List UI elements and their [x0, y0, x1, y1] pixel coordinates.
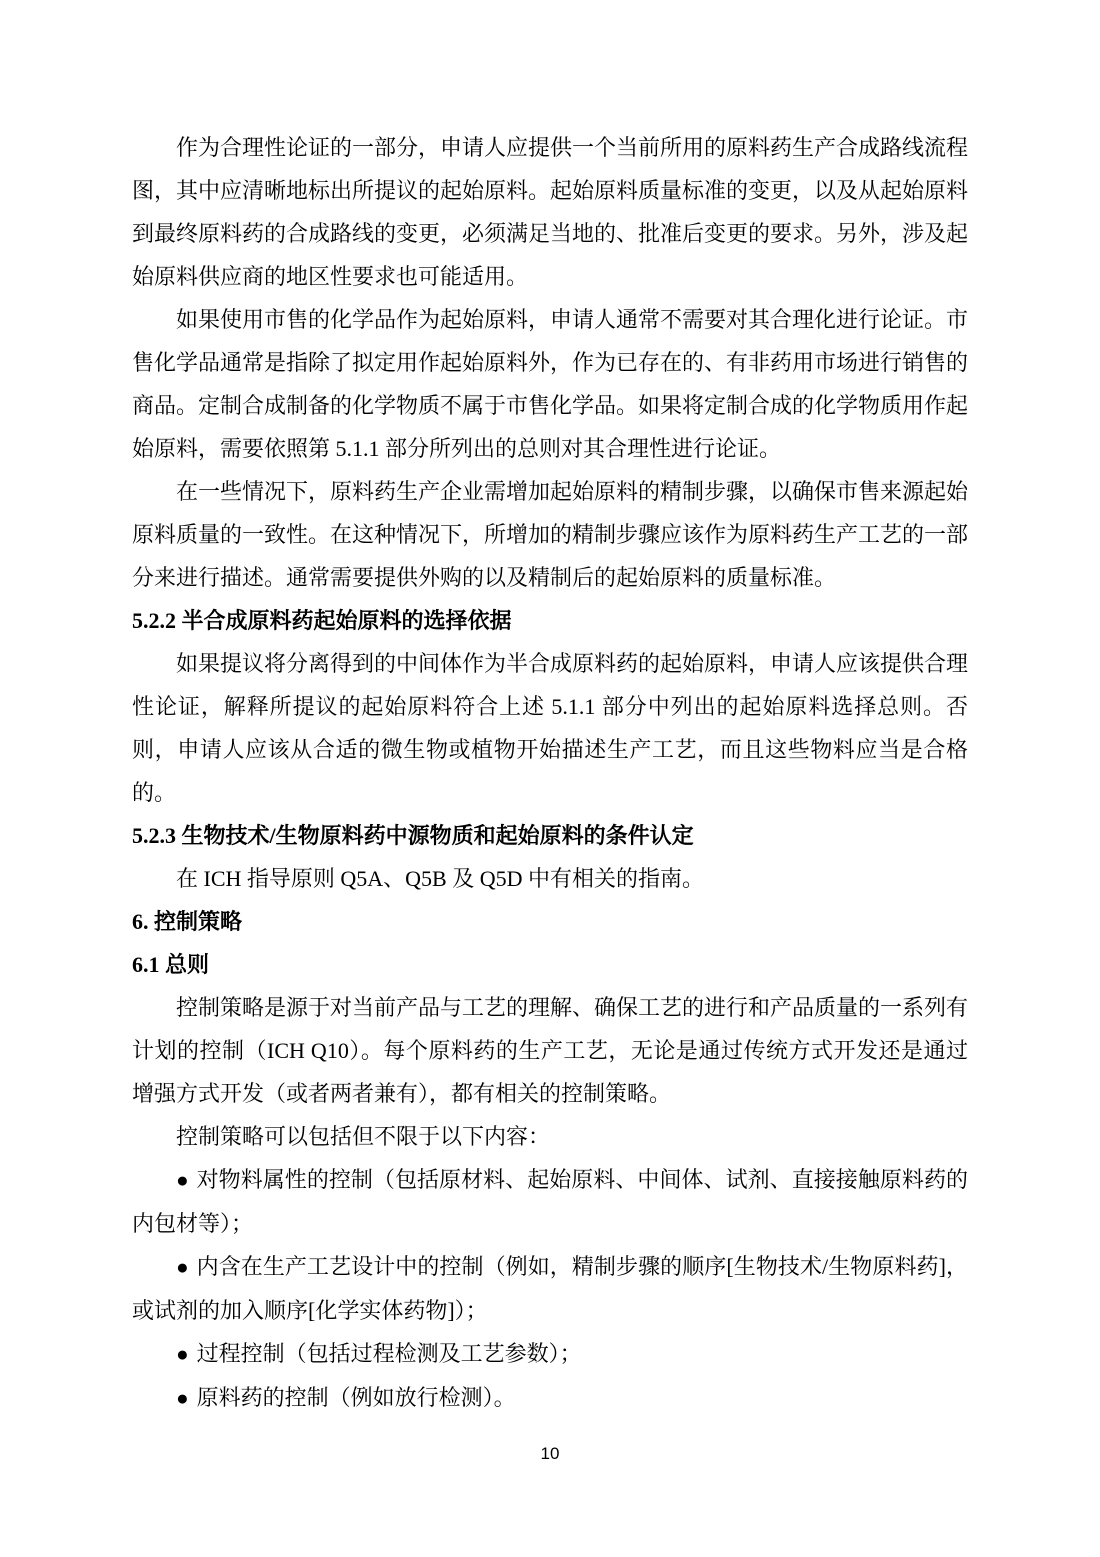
bullet-icon: ●	[176, 1255, 197, 1279]
page-number: 10	[541, 1444, 560, 1463]
section-heading-6-1: 6.1 总则	[132, 943, 968, 986]
paragraph-ich-guidance: 在 ICH 指导原则 Q5A、Q5B 及 Q5D 中有相关的指南。	[132, 857, 968, 900]
page-footer: 10	[0, 1444, 1100, 1464]
bullet-item-process-design: ●内含在生产工艺设计中的控制（例如，精制步骤的顺序[生物技术/生物原料药]，或试…	[132, 1245, 968, 1332]
document-page: 作为合理性论证的一部分，申请人应提供一个当前所用的原料药生产合成路线流程图，其中…	[0, 0, 1100, 1557]
section-heading-6: 6. 控制策略	[132, 900, 968, 943]
document-body: 作为合理性论证的一部分，申请人应提供一个当前所用的原料药生产合成路线流程图，其中…	[132, 126, 968, 1420]
paragraph-commercial-chemicals: 如果使用市售的化学品作为起始原料，申请人通常不需要对其合理化进行论证。市售化学品…	[132, 298, 968, 470]
bullet-text: 过程控制（包括过程检测及工艺参数）；	[197, 1341, 582, 1366]
bullet-icon: ●	[176, 1342, 197, 1366]
paragraph-semisynthetic: 如果提议将分离得到的中间体作为半合成原料药的起始原料，申请人应该提供合理性论证，…	[132, 642, 968, 814]
section-heading-5-2-3: 5.2.3 生物技术/生物原料药中源物质和起始原料的条件认定	[132, 814, 968, 857]
paragraph-purification-steps: 在一些情况下，原料药生产企业需增加起始原料的精制步骤，以确保市售来源起始原料质量…	[132, 470, 968, 599]
bullet-icon: ●	[176, 1168, 197, 1192]
bullet-item-material-attributes: ●对物料属性的控制（包括原材料、起始原料、中间体、试剂、直接接触原料药的内包材等…	[132, 1158, 968, 1245]
bullet-text: 内含在生产工艺设计中的控制（例如，精制步骤的顺序[生物技术/生物原料药]，或试剂…	[132, 1254, 968, 1323]
paragraph-synthetic-route: 作为合理性论证的一部分，申请人应提供一个当前所用的原料药生产合成路线流程图，其中…	[132, 126, 968, 298]
paragraph-control-strategy-intro: 控制策略可以包括但不限于以下内容：	[132, 1115, 968, 1158]
bullet-text: 原料药的控制（例如放行检测）。	[197, 1385, 516, 1410]
bullet-item-in-process-controls: ●过程控制（包括过程检测及工艺参数）；	[132, 1332, 968, 1376]
paragraph-control-strategy: 控制策略是源于对当前产品与工艺的理解、确保工艺的进行和产品质量的一系列有计划的控…	[132, 986, 968, 1115]
bullet-text: 对物料属性的控制（包括原材料、起始原料、中间体、试剂、直接接触原料药的内包材等）…	[132, 1167, 968, 1236]
bullet-icon: ●	[176, 1386, 197, 1410]
section-heading-5-2-2: 5.2.2 半合成原料药起始原料的选择依据	[132, 599, 968, 642]
bullet-item-drug-substance-controls: ●原料药的控制（例如放行检测）。	[132, 1376, 968, 1420]
